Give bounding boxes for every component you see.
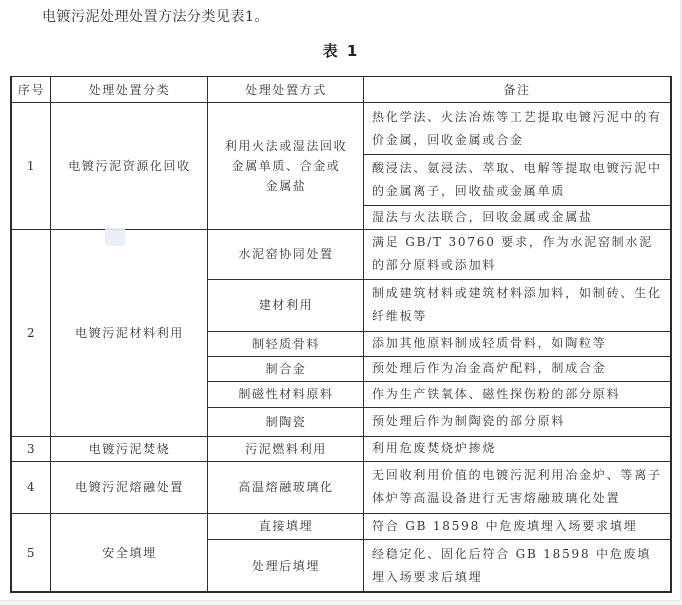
row-3-method: 污泥燃料利用 — [208, 436, 364, 461]
row-2-method-4: 制合金 — [208, 356, 364, 381]
header-notes: 备注 — [364, 77, 670, 102]
header-no: 序号 — [12, 77, 51, 102]
row-2-note-5: 作为生产铁氧体、磁性探伤粉的部分原料 — [364, 381, 670, 407]
row-1-no: 1 — [12, 103, 51, 229]
row-1-method: 利用火法或湿法回收 金属单质、合金或 金属盐 — [208, 103, 364, 229]
row-1-method-line-1: 利用火法或湿法回收 — [225, 136, 347, 156]
row-2-note-1: 满足 GB/T 30760 要求，作为水泥窑制水泥的部分原料或添加料 — [364, 229, 670, 279]
row-1-method-line-2: 金属单质、合金或 — [232, 156, 341, 176]
row-1-note-3: 湿法与火法联合，回收金属或金属盐 — [364, 205, 670, 229]
row-2-note-6: 预处理后作为制陶瓷的部分原料 — [364, 407, 670, 436]
row-2-method-6: 制陶瓷 — [208, 407, 364, 436]
row-1-method-line-3: 金属盐 — [266, 176, 307, 196]
row-4-note: 无回收利用价值的电镀污泥利用冶金炉、等离子体炉等高温设备进行无害熔融玻璃化处置 — [364, 461, 670, 513]
row-5-note-1: 符合 GB 18598 中危废填埋入场要求填埋 — [364, 513, 670, 539]
row-5-note-2: 经稳定化、固化后符合 GB 18598 中危废填埋入场要求后填埋 — [364, 539, 670, 592]
row-2-method-5: 制磁性材料原料 — [208, 381, 364, 407]
row-2-note-2: 制成建筑材料或建筑材料添加料，如制砖、生化纤维板等 — [364, 279, 670, 331]
row-2-method-2: 建材利用 — [208, 279, 364, 331]
row-4-method: 高温熔融玻璃化 — [208, 461, 364, 513]
row-1-note-2: 酸浸法、氨浸法、萃取、电解等提取电镀污泥中的金属离子，回收盐或金属单质 — [364, 154, 670, 205]
row-3-category: 电镀污泥焚烧 — [51, 436, 208, 461]
row-2-method-1: 水泥窑协同处置 — [208, 229, 364, 279]
classification-table: 序号 处理处置分类 处理处置方式 备注 1 电镀污泥资源化回收 利用火法或湿法回… — [10, 76, 672, 593]
row-2-category: 电镀污泥材料利用 — [51, 229, 208, 436]
row-2-method-3: 制轻质骨料 — [208, 331, 364, 356]
header-method: 处理处置方式 — [208, 77, 364, 102]
row-5-category: 安全填埋 — [51, 513, 208, 592]
row-4-category: 电镀污泥熔融处置 — [51, 461, 208, 513]
watermark-artifact — [105, 228, 125, 246]
intro-text: 电镀污泥处理处置方法分类见表1。 — [42, 6, 269, 26]
row-2-note-4: 预处理后作为冶金高炉配料，制成合金 — [364, 356, 670, 381]
row-2-no: 2 — [12, 229, 51, 436]
header-category: 处理处置分类 — [51, 77, 208, 102]
document-page: 电镀污泥处理处置方法分类见表1。 表 1 序号 处理处置分类 处理处置方式 备注… — [0, 0, 681, 601]
row-4-no: 4 — [12, 461, 51, 513]
row-1-note-1: 热化学法、火法冶炼等工艺提取电镀污泥中的有价金属，回收金属或合金 — [364, 103, 670, 154]
row-1-category: 电镀污泥资源化回收 — [51, 103, 208, 229]
row-5-method-2: 处理后填埋 — [208, 539, 364, 592]
table-title: 表 1 — [0, 40, 682, 61]
row-2-note-3: 添加其他原料制成轻质骨料，如陶粒等 — [364, 331, 670, 356]
row-3-note: 利用危废焚烧炉掺烧 — [364, 436, 670, 461]
row-3-no: 3 — [12, 436, 51, 461]
row-5-no: 5 — [12, 513, 51, 592]
row-5-method-1: 直接填埋 — [208, 513, 364, 539]
